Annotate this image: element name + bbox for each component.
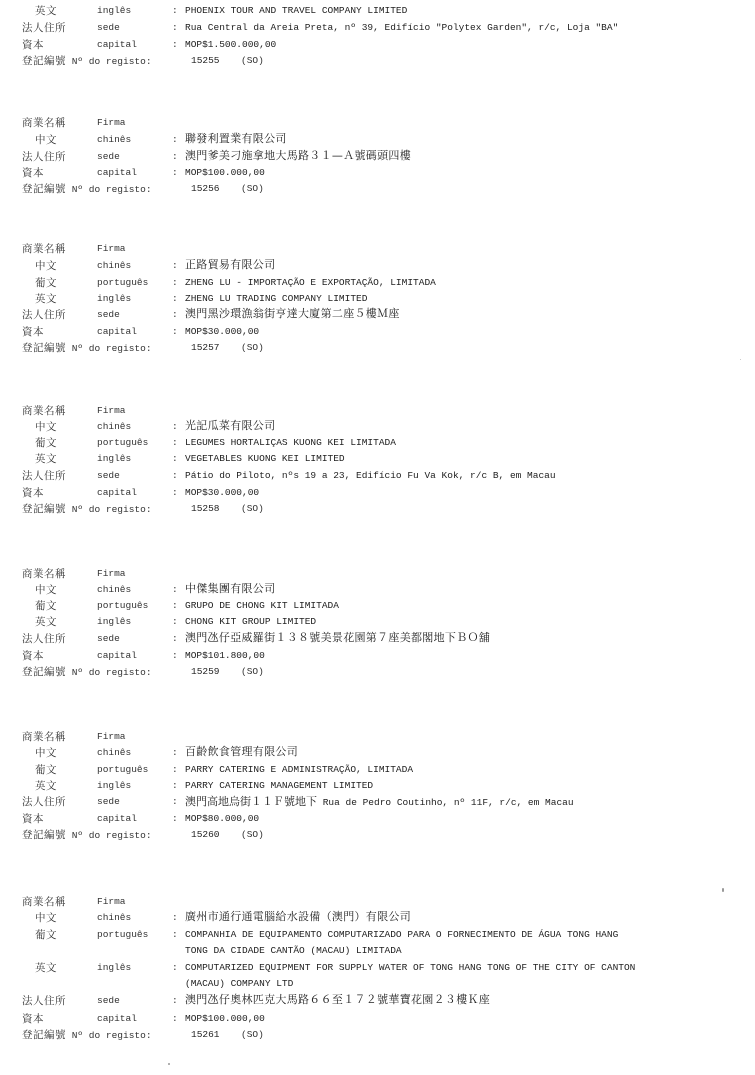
- sede-label-zh: 法人住所: [22, 149, 66, 165]
- colon: :: [172, 745, 178, 761]
- ingles-label-zh: 英文: [35, 291, 57, 307]
- sede-value: 澳門氹仔奧林匹克大馬路６６至１７２號華寶花園２３樓Ｋ座: [185, 992, 490, 1008]
- sede-value: 澳門爹美刁施拿地大馬路３１—Ａ號碼頭四樓: [185, 148, 411, 164]
- sede-value-pt: Rua de Pedro Coutinho, nº 11F, r/c, em M…: [323, 797, 574, 808]
- capital-label-zh: 資本: [22, 485, 44, 501]
- colon: :: [172, 648, 178, 664]
- capital-label-zh: 資本: [22, 1011, 44, 1027]
- sede-label-pt: sede: [97, 993, 120, 1009]
- portugues-value: PARRY CATERING E ADMINISTRAÇÃO, LIMITADA: [185, 762, 413, 778]
- sede-label-zh: 法人住所: [22, 307, 66, 323]
- colon: :: [172, 324, 178, 340]
- registo-label-pt: Nº do registo:: [72, 343, 152, 354]
- ingles-value: ZHENG LU TRADING COMPANY LIMITED: [185, 291, 367, 307]
- portugues-value: LEGUMES HORTALIÇAS KUONG KEI LIMITADA: [185, 435, 396, 451]
- capital-label-pt: capital: [97, 165, 137, 181]
- registo-label-zh: 登記編號: [22, 503, 66, 515]
- capital-value: MOP$30.000,00: [185, 324, 259, 340]
- portugues-label-pt: português: [97, 435, 148, 451]
- ingles-label-pt: inglês: [97, 960, 131, 976]
- capital-label-pt: capital: [97, 811, 137, 827]
- firma-label-pt: Firma: [97, 241, 126, 257]
- chines-label-zh: 中文: [35, 745, 57, 761]
- scan-speck: [740, 359, 741, 360]
- registo-label-zh: 登記編號: [22, 1029, 66, 1041]
- registo-suffix: (SO): [241, 1027, 264, 1043]
- firma-label-zh: 商業名稱: [22, 403, 66, 419]
- sede-label-pt: sede: [97, 631, 120, 647]
- sede-value: 澳門高地烏街１１Ｆ號地下 Rua de Pedro Coutinho, nº 1…: [185, 794, 574, 811]
- chines-label-zh: 中文: [35, 258, 57, 274]
- colon: :: [172, 258, 178, 274]
- capital-label-zh: 資本: [22, 648, 44, 664]
- colon: :: [172, 1011, 178, 1027]
- capital-value: MOP$101.800,00: [185, 648, 265, 664]
- capital-label-pt: capital: [97, 37, 137, 53]
- registo-number: 15261: [191, 1027, 220, 1043]
- portugues-label-pt: português: [97, 927, 148, 943]
- sede-label-zh: 法人住所: [22, 631, 66, 647]
- chines-value: 中傑集團有限公司: [185, 581, 275, 597]
- capital-label-pt: capital: [97, 1011, 137, 1027]
- registo-label-zh: 登記編號: [22, 666, 66, 678]
- chines-value: 正路貿易有限公司: [185, 257, 275, 273]
- portugues-value: GRUPO DE CHONG KIT LIMITADA: [185, 598, 339, 614]
- colon: :: [172, 419, 178, 435]
- ingles-value: VEGETABLES KUONG KEI LIMITED: [185, 451, 345, 467]
- portugues-label-pt: português: [97, 762, 148, 778]
- ingles-value: PARRY CATERING MANAGEMENT LIMITED: [185, 778, 373, 794]
- colon: :: [172, 582, 178, 598]
- ingles-label-pt: inglês: [97, 778, 131, 794]
- scan-speck: [722, 888, 724, 892]
- registo-label: 登記編號 Nº do registo:: [22, 827, 152, 844]
- capital-value: MOP$30.000,00: [185, 485, 259, 501]
- registo-label: 登記編號 Nº do registo:: [22, 181, 152, 198]
- ingles-value: CHONG KIT GROUP LIMITED: [185, 614, 316, 630]
- capital-label-zh: 資本: [22, 165, 44, 181]
- sede-value-cjk: 澳門高地烏街１１Ｆ號地下: [185, 795, 317, 808]
- chines-value: 聯發利置業有限公司: [185, 131, 287, 147]
- portugues-label-zh: 葡文: [35, 927, 57, 943]
- capital-label-zh: 資本: [22, 37, 44, 53]
- chines-label-zh: 中文: [35, 582, 57, 598]
- colon: :: [172, 451, 178, 467]
- sede-value: Rua Central da Areia Preta, nº 39, Edifí…: [185, 20, 618, 36]
- firma-label-pt: Firma: [97, 566, 126, 582]
- registo-suffix: (SO): [241, 53, 264, 69]
- ingles-value: PHOENIX TOUR AND TRAVEL COMPANY LIMITED: [185, 3, 407, 19]
- firma-label-zh: 商業名稱: [22, 566, 66, 582]
- ingles-label-pt: inglês: [97, 3, 131, 19]
- firma-label-zh: 商業名稱: [22, 241, 66, 257]
- chines-label-pt: chinês: [97, 582, 131, 598]
- ingles-label-pt: inglês: [97, 614, 131, 630]
- capital-value: MOP$80.000,00: [185, 811, 259, 827]
- capital-value: MOP$100.000,00: [185, 1011, 265, 1027]
- chines-label-pt: chinês: [97, 419, 131, 435]
- sede-label-pt: sede: [97, 794, 120, 810]
- chines-label-pt: chinês: [97, 132, 131, 148]
- registo-suffix: (SO): [241, 340, 264, 356]
- colon: :: [172, 485, 178, 501]
- registo-label-pt: Nº do registo:: [72, 56, 152, 67]
- sede-label-pt: sede: [97, 307, 120, 323]
- colon: :: [172, 794, 178, 810]
- colon: :: [172, 468, 178, 484]
- portugues-label-zh: 葡文: [35, 598, 57, 614]
- colon: :: [172, 960, 178, 976]
- capital-label-pt: capital: [97, 485, 137, 501]
- portugues-label-pt: português: [97, 598, 148, 614]
- capital-label-pt: capital: [97, 324, 137, 340]
- portugues-value-line1: COMPANHIA DE EQUIPAMENTO COMPUTARIZADO P…: [185, 927, 618, 943]
- portugues-label-zh: 葡文: [35, 762, 57, 778]
- registo-label-pt: Nº do registo:: [72, 184, 152, 195]
- sede-label-pt: sede: [97, 468, 120, 484]
- colon: :: [172, 37, 178, 53]
- colon: :: [172, 778, 178, 794]
- capital-label-zh: 資本: [22, 811, 44, 827]
- registo-number: 15256: [191, 181, 220, 197]
- colon: :: [172, 993, 178, 1009]
- registo-label-pt: Nº do registo:: [72, 1030, 152, 1041]
- registo-number: 15255: [191, 53, 220, 69]
- sede-label-zh: 法人住所: [22, 468, 66, 484]
- capital-value: MOP$100.000,00: [185, 165, 265, 181]
- sede-value: Pátio do Piloto, nºs 19 a 23, Edifício F…: [185, 468, 556, 484]
- portugues-label-zh: 葡文: [35, 275, 57, 291]
- sede-value: 澳門氹仔亞威羅街１３８號美景花園第７座美都閣地下ＢＯ舖: [185, 630, 490, 646]
- colon: :: [172, 927, 178, 943]
- registo-number: 15260: [191, 827, 220, 843]
- firma-label-zh: 商業名稱: [22, 115, 66, 131]
- registo-label-zh: 登記編號: [22, 55, 66, 67]
- registo-label-zh: 登記編號: [22, 829, 66, 841]
- sede-label-zh: 法人住所: [22, 993, 66, 1009]
- colon: :: [172, 20, 178, 36]
- portugues-value: ZHENG LU - IMPORTAÇÃO E EXPORTAÇÃO, LIMI…: [185, 275, 436, 291]
- colon: :: [172, 811, 178, 827]
- capital-label-pt: capital: [97, 648, 137, 664]
- chines-label-zh: 中文: [35, 419, 57, 435]
- portugues-label-pt: português: [97, 275, 148, 291]
- registo-label-pt: Nº do registo:: [72, 504, 152, 515]
- colon: :: [172, 3, 178, 19]
- registo-suffix: (SO): [241, 501, 264, 517]
- ingles-value-line1: COMPUTARIZED EQUIPMENT FOR SUPPLY WATER …: [185, 960, 635, 976]
- scan-speck: [168, 1063, 170, 1065]
- ingles-label-zh: 英文: [35, 778, 57, 794]
- sede-label-pt: sede: [97, 149, 120, 165]
- ingles-value-line2: (MACAU) COMPANY LTD: [185, 976, 293, 992]
- firma-label-pt: Firma: [97, 894, 126, 910]
- colon: :: [172, 435, 178, 451]
- chines-value: 百齡飲食管理有限公司: [185, 744, 298, 760]
- ingles-label-zh: 英文: [35, 451, 57, 467]
- ingles-label-zh: 英文: [35, 3, 57, 19]
- registo-label: 登記編號 Nº do registo:: [22, 1027, 152, 1044]
- chines-label-zh: 中文: [35, 132, 57, 148]
- registo-suffix: (SO): [241, 827, 264, 843]
- portugues-value-line2: TONG DA CIDADE CANTÃO (MACAU) LIMITADA: [185, 943, 402, 959]
- chines-label-pt: chinês: [97, 258, 131, 274]
- chines-label-pt: chinês: [97, 745, 131, 761]
- ingles-label-zh: 英文: [35, 960, 57, 976]
- colon: :: [172, 275, 178, 291]
- colon: :: [172, 291, 178, 307]
- sede-label-zh: 法人住所: [22, 20, 66, 36]
- registo-suffix: (SO): [241, 664, 264, 680]
- firma-label-pt: Firma: [97, 403, 126, 419]
- ingles-label-zh: 英文: [35, 614, 57, 630]
- chines-value: 廣州市通行通電腦給水設備（澳門）有限公司: [185, 909, 411, 925]
- colon: :: [172, 598, 178, 614]
- registo-label: 登記編號 Nº do registo:: [22, 53, 152, 70]
- colon: :: [172, 910, 178, 926]
- registo-number: 15259: [191, 664, 220, 680]
- registo-label: 登記編號 Nº do registo:: [22, 340, 152, 357]
- ingles-label-pt: inglês: [97, 451, 131, 467]
- colon: :: [172, 307, 178, 323]
- firma-label-pt: Firma: [97, 729, 126, 745]
- registo-label-pt: Nº do registo:: [72, 830, 152, 841]
- colon: :: [172, 614, 178, 630]
- chines-value: 光記瓜菜有限公司: [185, 418, 275, 434]
- registo-label: 登記編號 Nº do registo:: [22, 664, 152, 681]
- portugues-label-zh: 葡文: [35, 435, 57, 451]
- firma-label-zh: 商業名稱: [22, 729, 66, 745]
- chines-label-zh: 中文: [35, 910, 57, 926]
- registo-number: 15257: [191, 340, 220, 356]
- colon: :: [172, 165, 178, 181]
- colon: :: [172, 149, 178, 165]
- capital-label-zh: 資本: [22, 324, 44, 340]
- registo-label-zh: 登記編號: [22, 183, 66, 195]
- sede-label-pt: sede: [97, 20, 120, 36]
- capital-value: MOP$1.500.000,00: [185, 37, 276, 53]
- chines-label-pt: chinês: [97, 910, 131, 926]
- colon: :: [172, 631, 178, 647]
- firma-label-zh: 商業名稱: [22, 894, 66, 910]
- sede-label-zh: 法人住所: [22, 794, 66, 810]
- colon: :: [172, 132, 178, 148]
- registo-suffix: (SO): [241, 181, 264, 197]
- colon: :: [172, 762, 178, 778]
- registo-label-zh: 登記編號: [22, 342, 66, 354]
- registo-label: 登記編號 Nº do registo:: [22, 501, 152, 518]
- sede-value: 澳門黑沙環漁翁街亨達大廈第二座５樓Ｍ座: [185, 306, 400, 322]
- firma-label-pt: Firma: [97, 115, 126, 131]
- registo-label-pt: Nº do registo:: [72, 667, 152, 678]
- registo-number: 15258: [191, 501, 220, 517]
- ingles-label-pt: inglês: [97, 291, 131, 307]
